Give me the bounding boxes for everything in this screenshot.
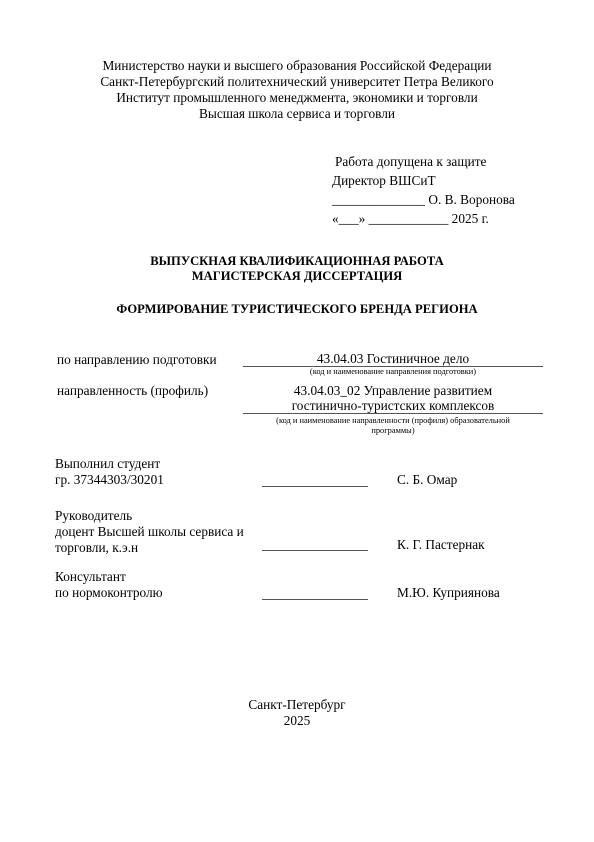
approval-block: Работа допущена к защите Директор ВШСиТ … bbox=[332, 152, 515, 228]
student-label-line1: Выполнил студент bbox=[55, 456, 164, 472]
director-signature: ______________ О. В. Воронова bbox=[332, 190, 515, 209]
supervisor-signature-line bbox=[262, 550, 368, 551]
direction-value: 43.04.03 Гостиничное дело bbox=[243, 351, 543, 367]
director-label: Директор ВШСиТ bbox=[332, 171, 515, 190]
student-group: гр. 37344303/30201 bbox=[55, 472, 164, 488]
supervisor-label-line2: доцент Высшей школы сервиса и bbox=[55, 524, 244, 540]
profile-hint-line1: (код и наименование направленности (проф… bbox=[243, 416, 543, 426]
profile-hint: (код и наименование направленности (проф… bbox=[243, 416, 543, 436]
consultant-label-line2: по нормоконтролю bbox=[55, 585, 163, 601]
profile-hint-line2: программы) bbox=[243, 426, 543, 436]
consultant-label: Консультант по нормоконтролю bbox=[55, 569, 163, 601]
profile-value-line1: 43.04.03_02 Управление развитием bbox=[243, 383, 543, 398]
approval-title: Работа допущена к защите bbox=[332, 152, 515, 171]
footer-city: Санкт-Петербург bbox=[0, 697, 594, 713]
direction-hint: (код и наименование направления подготов… bbox=[243, 367, 543, 377]
profile-label: направленность (профиль) bbox=[57, 383, 208, 399]
student-name: С. Б. Омар bbox=[397, 472, 457, 488]
institute-line: Институт промышленного менеджмента, экон… bbox=[0, 90, 594, 106]
profile-value-line2: гостинично-туристских комплексов bbox=[243, 398, 543, 414]
supervisor-label-line3: торговли, к.э.н bbox=[55, 540, 244, 556]
student-label: Выполнил студент гр. 37344303/30201 bbox=[55, 456, 164, 488]
footer-year: 2025 bbox=[0, 713, 594, 729]
consultant-label-line1: Консультант bbox=[55, 569, 163, 585]
work-type: ВЫПУСКНАЯ КВАЛИФИКАЦИОННАЯ РАБОТА МАГИСТ… bbox=[0, 254, 594, 284]
consultant-name: М.Ю. Куприянова bbox=[397, 585, 500, 601]
profile-value: 43.04.03_02 Управление развитием гостини… bbox=[243, 383, 543, 414]
work-type-line1: ВЫПУСКНАЯ КВАЛИФИКАЦИОННАЯ РАБОТА bbox=[0, 254, 594, 269]
ministry-line: Министерство науки и высшего образования… bbox=[0, 58, 594, 74]
supervisor-label-line1: Руководитель bbox=[55, 508, 244, 524]
university-line: Санкт-Петербургский политехнический унив… bbox=[0, 74, 594, 90]
supervisor-label: Руководитель доцент Высшей школы сервиса… bbox=[55, 508, 244, 556]
supervisor-name: К. Г. Пастернак bbox=[397, 537, 485, 553]
thesis-topic: ФОРМИРОВАНИЕ ТУРИСТИЧЕСКОГО БРЕНДА РЕГИО… bbox=[0, 302, 594, 317]
student-signature-line bbox=[262, 486, 368, 487]
institution-header: Министерство науки и высшего образования… bbox=[0, 58, 594, 122]
approval-date: «___» ____________ 2025 г. bbox=[332, 209, 515, 228]
consultant-signature-line bbox=[262, 599, 368, 600]
direction-label: по направлению подготовки bbox=[57, 352, 217, 368]
school-line: Высшая школа сервиса и торговли bbox=[0, 106, 594, 122]
work-type-line2: МАГИСТЕРСКАЯ ДИССЕРТАЦИЯ bbox=[0, 269, 594, 284]
footer: Санкт-Петербург 2025 bbox=[0, 697, 594, 729]
